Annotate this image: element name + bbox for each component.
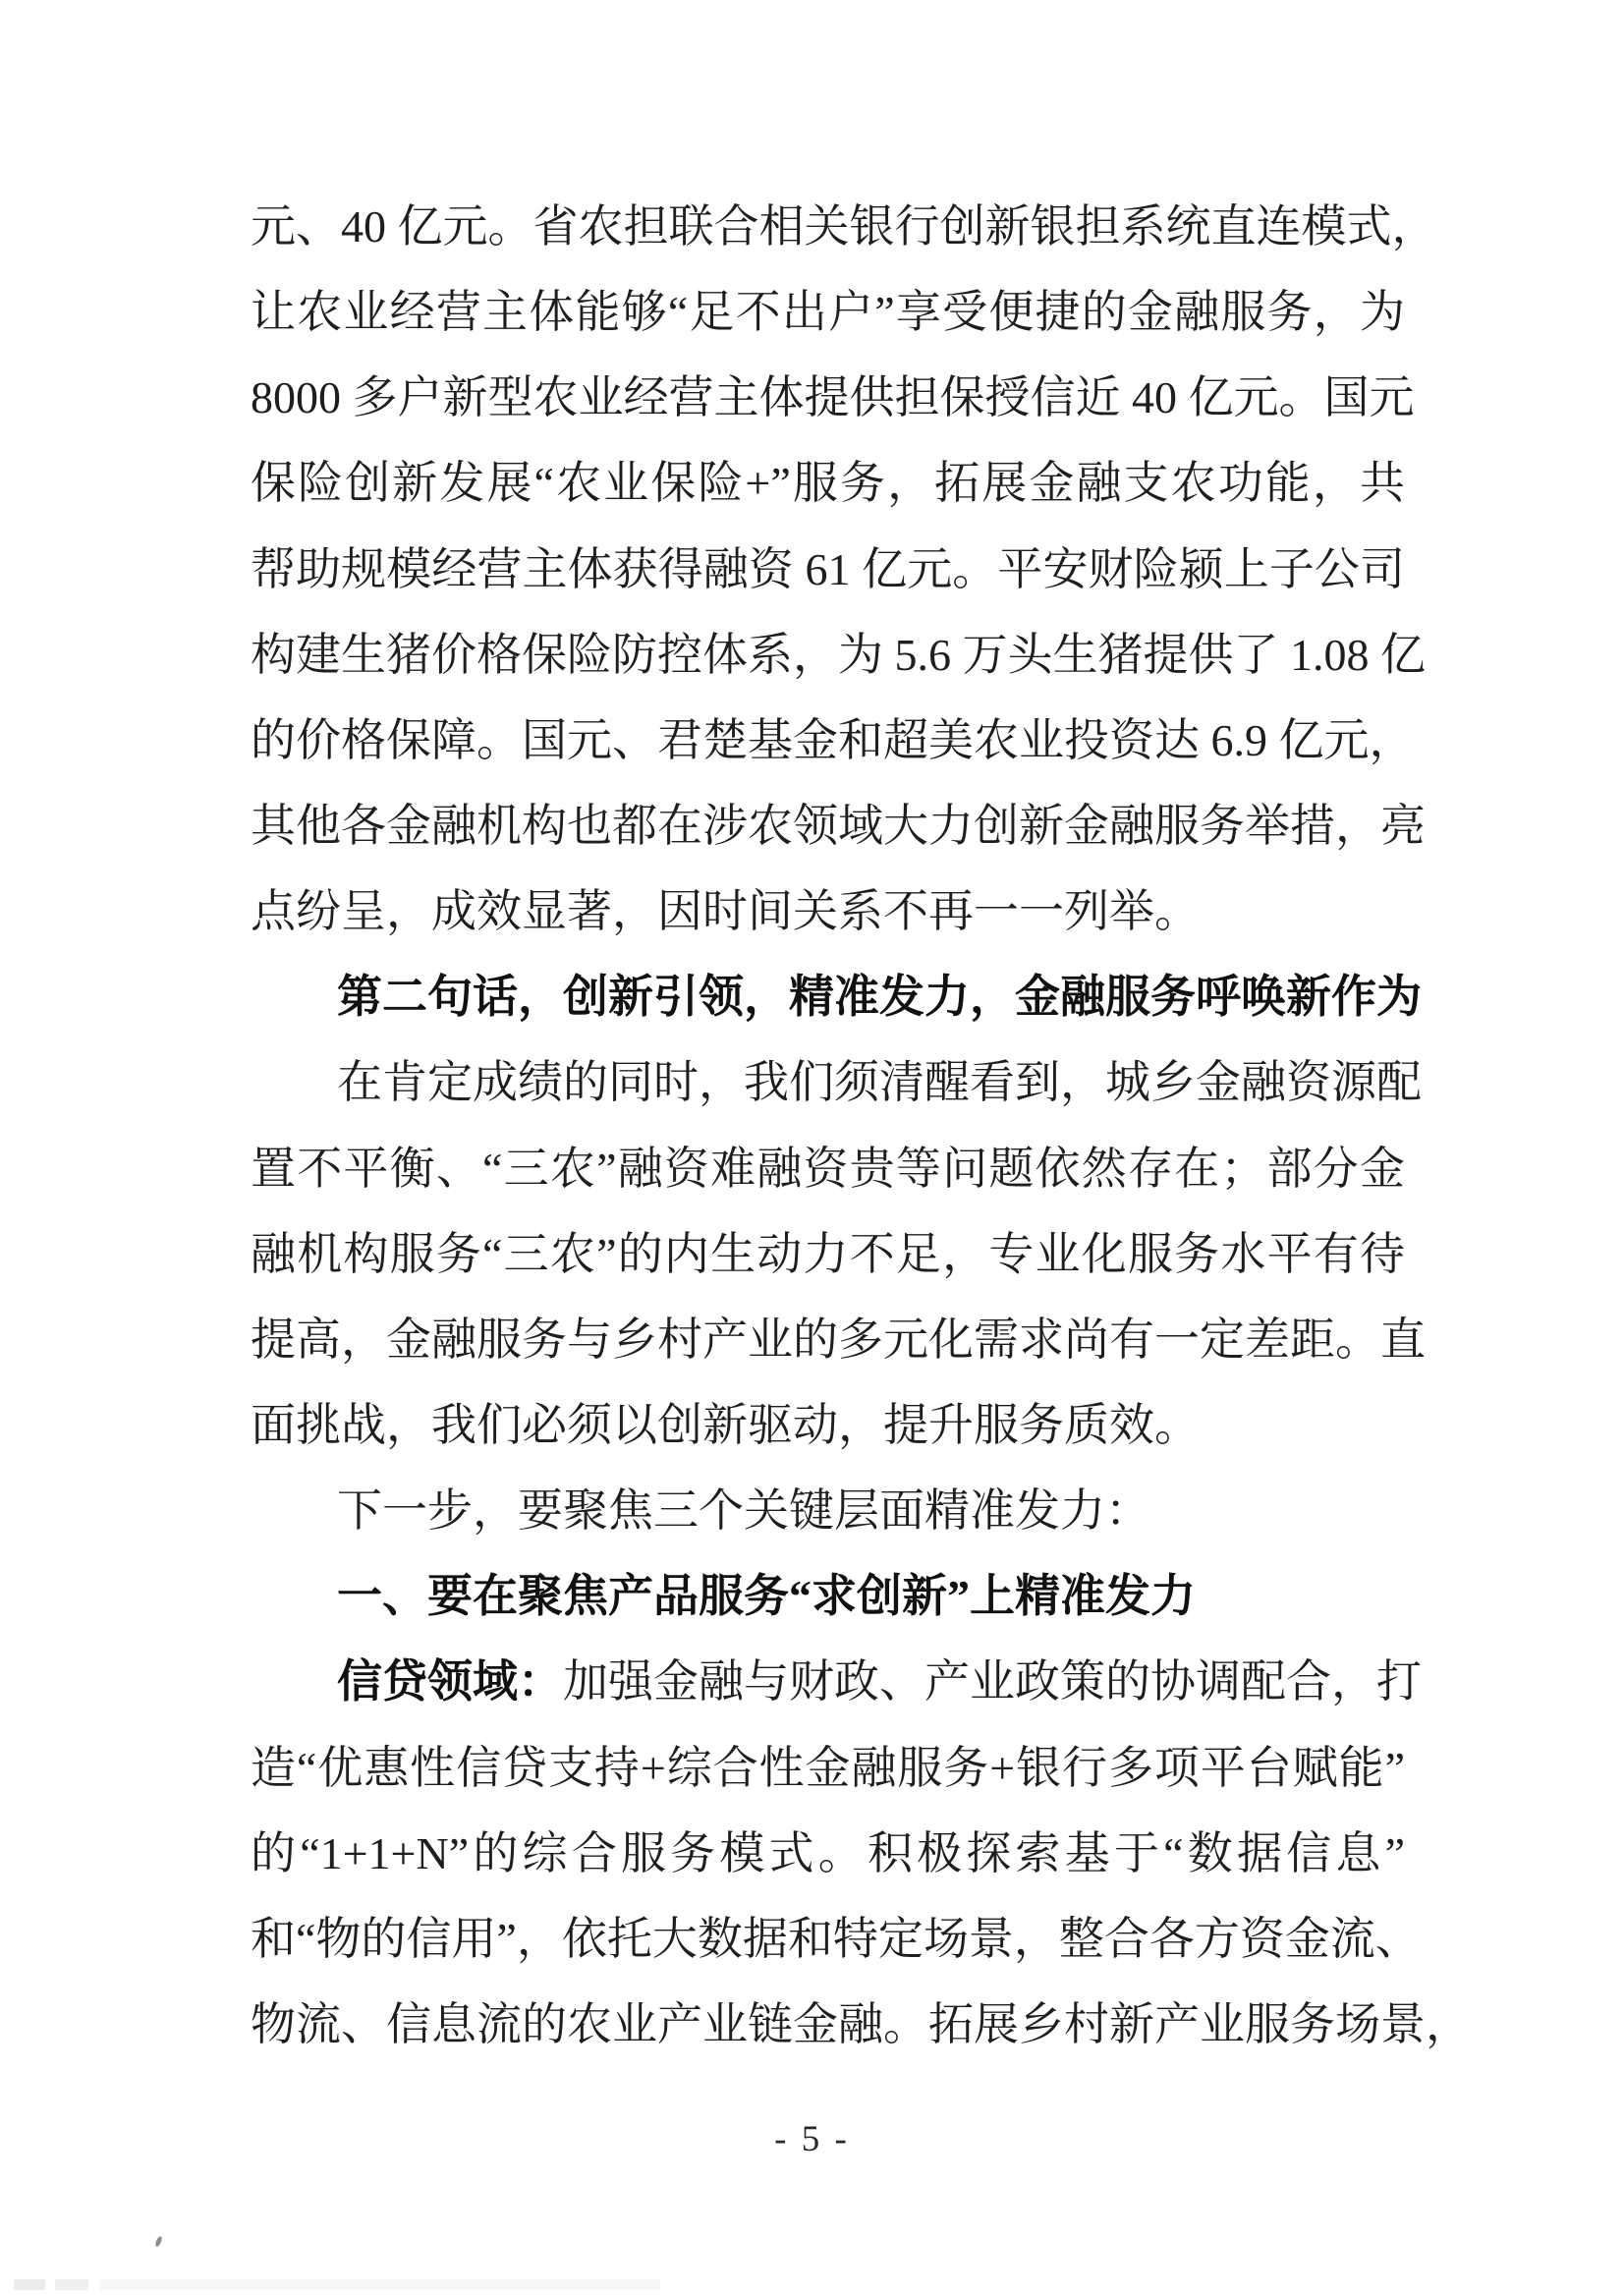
text-line: 让农业经营主体能够“足不出户”享受便捷的金融服务，为 [251,283,1405,342]
scan-artifact-band [55,2279,88,2290]
text-block: 元、40 亿元。省农担联合相关银行创新银担系统直连模式，让农业经营主体能够“足不… [0,0,1624,2295]
bold-text-segment: 一、要在聚焦产品服务“求创新”上精准发力 [337,1571,1196,1621]
text-segment: 点纷呈，成效显著，因时间关系不再一一列举。 [251,886,1200,936]
text-segment: 置不平衡、“三农”融资难融资贵等问题依然存在；部分金 [251,1144,1405,1194]
text-segment: 下一步，要聚焦三个关键层面精准发力： [337,1485,1150,1536]
text-segment: 其他各金融机构也都在涉农领域大力创新金融服务举措，亮 [251,801,1426,851]
text-line: 保险创新发展“农业保险+”服务，拓展金融支农功能，共 [251,454,1405,513]
scan-artifact-band [100,2279,660,2290]
scanned-document-page: 元、40 亿元。省农担联合相关银行创新银担系统直连模式，让农业经营主体能够“足不… [0,0,1624,2295]
text-line: 一、要在聚焦产品服务“求创新”上精准发力 [337,1567,1405,1626]
text-segment: 物流、信息流的农业产业链金融。拓展乡村新产业服务场景， [251,1999,1471,2049]
text-line: 构建生猪价格保险防控体系，为 5.6 万头生猪提供了 1.08 亿 [251,626,1405,685]
text-line: 第二句话，创新引领，精准发力，金融服务呼唤新作为 [337,968,1405,1027]
text-line: 的“1+1+N”的综合服务模式。积极探索基于“数据信息” [251,1824,1405,1883]
text-segment: 帮助规模经营主体获得融资 61 亿元。平安财险颍上子公司 [251,544,1405,594]
text-line: 下一步，要聚焦三个关键层面精准发力： [337,1482,1405,1540]
text-line: 在肯定成绩的同时，我们须清醒看到，城乡金融资源配 [337,1053,1405,1112]
text-line: 8000 多户新型农业经营主体提供担保授信近 40 亿元。国元 [251,368,1405,427]
bold-text-segment: 信贷领域： [337,1656,563,1707]
text-segment: 的价格保障。国元、君楚基金和超美农业投资达 6.9 亿元， [251,715,1415,765]
text-line: 信贷领域：加强金融与财政、产业政策的协调配合，打 [337,1652,1405,1711]
text-line: 其他各金融机构也都在涉农领域大力创新金融服务举措，亮 [251,797,1405,856]
text-segment: 造“优惠性信贷支持+综合性金融服务+银行多项平台赋能” [251,1743,1405,1793]
text-line: 的价格保障。国元、君楚基金和超美农业投资达 6.9 亿元， [251,711,1405,770]
text-segment: 的“1+1+N”的综合服务模式。积极探索基于“数据信息” [251,1828,1405,1878]
text-line: 面挑战，我们必须以创新驱动，提升服务质效。 [251,1396,1405,1455]
text-segment: 提高，金融服务与乡村产业的多元化需求尚有一定差距。直 [251,1315,1426,1365]
text-segment: 保险创新发展“农业保险+”服务，拓展金融支农功能，共 [251,458,1405,508]
scan-artifact-band [14,2279,45,2290]
text-line: 提高，金融服务与乡村产业的多元化需求尚有一定差距。直 [251,1311,1405,1370]
text-segment: 加强金融与财政、产业政策的协调配合，打 [563,1656,1422,1707]
text-line: 和“物的信用”，依托大数据和特定场景，整合各方资金流、 [251,1910,1405,1969]
text-line: 物流、信息流的农业产业链金融。拓展乡村新产业服务场景， [251,1995,1405,2054]
text-segment: 融机构服务“三农”的内生动力不足，专业化服务水平有待 [251,1229,1405,1279]
bold-text-segment: 第二句话，创新引领，精准发力，金融服务呼唤新作为 [337,972,1422,1022]
text-segment: 元、40 亿元。省农担联合相关银行创新银担系统直连模式， [251,201,1437,252]
text-segment: 构建生猪价格保险防控体系，为 5.6 万头生猪提供了 1.08 亿 [251,630,1426,680]
text-line: 融机构服务“三农”的内生动力不足，专业化服务水平有待 [251,1225,1405,1284]
text-segment: 让农业经营主体能够“足不出户”享受便捷的金融服务，为 [251,287,1405,337]
text-segment: 和“物的信用”，依托大数据和特定场景，整合各方资金流、 [251,1914,1421,1964]
text-segment: 在肯定成绩的同时，我们须清醒看到，城乡金融资源配 [337,1057,1422,1107]
text-segment: 面挑战，我们必须以创新驱动，提升服务质效。 [251,1400,1200,1450]
page-number: - 5 - [0,2120,1624,2159]
text-line: 造“优惠性信贷支持+综合性金融服务+银行多项平台赋能” [251,1739,1405,1798]
text-line: 元、40 亿元。省农担联合相关银行创新银担系统直连模式， [251,197,1405,256]
text-segment: 8000 多户新型农业经营主体提供担保授信近 40 亿元。国元 [251,372,1415,422]
text-line: 点纷呈，成效显著，因时间关系不再一一列举。 [251,882,1405,941]
text-line: 置不平衡、“三农”融资难融资贵等问题依然存在；部分金 [251,1140,1405,1199]
text-line: 帮助规模经营主体获得融资 61 亿元。平安财险颍上子公司 [251,540,1405,599]
